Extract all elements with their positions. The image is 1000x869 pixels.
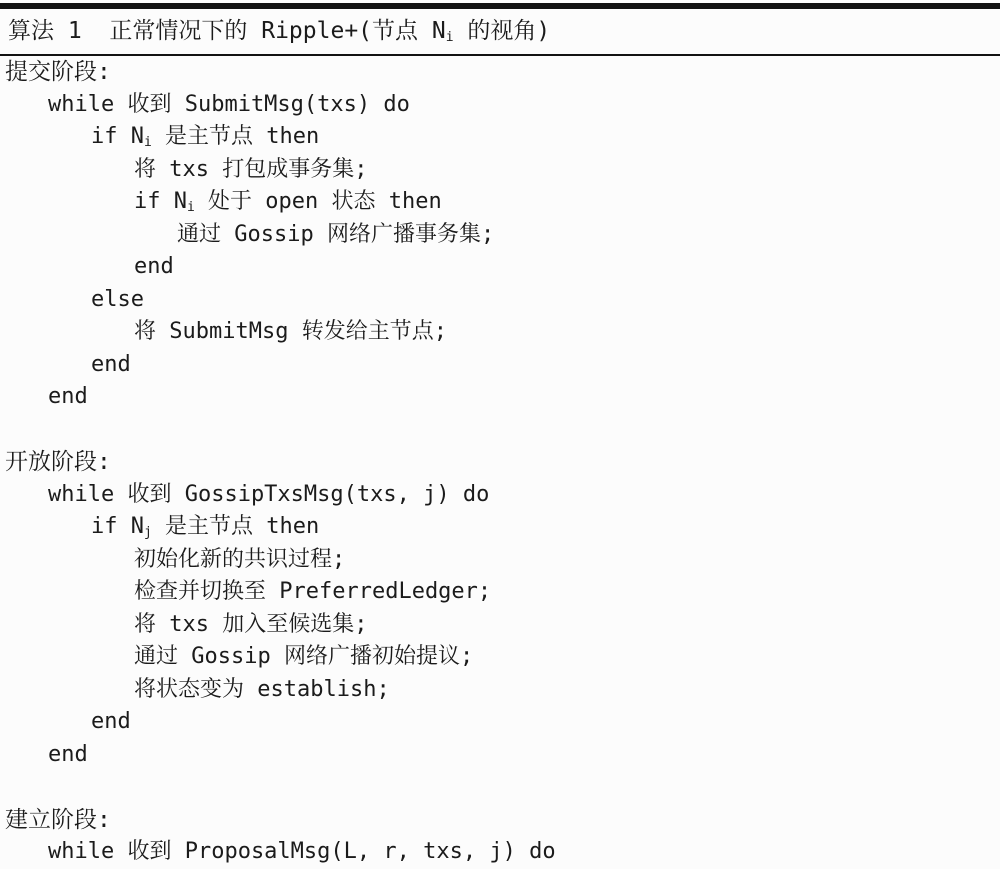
code-line: else <box>0 284 1000 317</box>
code-line: 通过 Gossip 网络广播事务集; <box>0 219 1000 252</box>
text-run: 算法 1 正常情况下的 Ripple+(节点 N <box>8 18 446 44</box>
code-line: end <box>0 739 1000 772</box>
code-line: 检查并切换至 PreferredLedger; <box>0 576 1000 609</box>
section-header-line: 开放阶段: <box>0 446 1000 479</box>
text-run: if N <box>91 124 144 149</box>
text-run: 处于 open 状态 then <box>195 189 442 214</box>
text-run: end <box>91 352 131 377</box>
text-run: 初始化新的共识过程; <box>134 547 345 572</box>
text-run: 将状态变为 establish; <box>134 677 390 702</box>
text-run: end <box>91 709 131 734</box>
code-line: while 收到 SubmitMsg(txs) do <box>0 89 1000 122</box>
subscript-text: i <box>144 135 152 150</box>
code-line: 将状态变为 establish; <box>0 674 1000 707</box>
code-line: end <box>0 706 1000 739</box>
code-line: 将 txs 加入至候选集; <box>0 609 1000 642</box>
code-line: if Ni 处于 open 状态 then <box>0 186 1000 219</box>
text-run: 通过 Gossip 网络广播事务集; <box>177 222 494 247</box>
text-run: end <box>134 254 174 279</box>
subscript-text: i <box>187 200 195 215</box>
text-run: 是主节点 then <box>152 124 319 149</box>
text-run: while 收到 GossipTxsMsg(txs, j) do <box>48 482 489 507</box>
algorithm-body: 提交阶段:while 收到 SubmitMsg(txs) doif Ni 是主节… <box>0 56 1000 869</box>
text-run: 通过 Gossip 网络广播初始提议; <box>134 644 473 669</box>
text-run: 开放阶段: <box>5 449 111 475</box>
text-run: 检查并切换至 PreferredLedger; <box>134 579 491 604</box>
text-run: 建立阶段: <box>5 807 111 833</box>
text-run: 提交阶段: <box>5 59 111 85</box>
code-line: end <box>0 381 1000 414</box>
text-run: else <box>91 287 144 312</box>
text-run: end <box>48 384 88 409</box>
code-line: if Ni 是主节点 then <box>0 121 1000 154</box>
subscript-text: i <box>446 30 454 45</box>
text-run: 的视角) <box>454 18 551 44</box>
code-line: 将 txs 打包成事务集; <box>0 154 1000 187</box>
text-run: 是主节点 then <box>152 514 319 539</box>
code-line: 通过 Gossip 网络广播初始提议; <box>0 641 1000 674</box>
code-line: while 收到 GossipTxsMsg(txs, j) do <box>0 479 1000 512</box>
code-line: if Nj 是主节点 then <box>0 511 1000 544</box>
text-run: 将 SubmitMsg 转发给主节点; <box>134 319 447 344</box>
text-run: end <box>48 742 88 767</box>
code-line: 将 SubmitMsg 转发给主节点; <box>0 316 1000 349</box>
section-header-line: 建立阶段: <box>0 804 1000 837</box>
text-run: while 收到 ProposalMsg(L, r, txs, j) do <box>48 839 556 864</box>
text-run: while 收到 SubmitMsg(txs) do <box>48 92 410 117</box>
section-header-line: 提交阶段: <box>0 56 1000 89</box>
algorithm-caption: 算法 1 正常情况下的 Ripple+(节点 Ni 的视角) <box>0 9 1000 54</box>
text-run: 将 txs 加入至候选集; <box>134 612 367 637</box>
code-line: end <box>0 349 1000 382</box>
text-run: if N <box>91 514 144 539</box>
code-line: end <box>0 251 1000 284</box>
algorithm-listing-page: 算法 1 正常情况下的 Ripple+(节点 Ni 的视角) 提交阶段:whil… <box>0 0 1000 869</box>
text-run: 将 txs 打包成事务集; <box>134 157 367 182</box>
blank-line <box>0 771 1000 804</box>
subscript-text: j <box>144 525 152 540</box>
blank-line <box>0 414 1000 447</box>
code-line: while 收到 ProposalMsg(L, r, txs, j) do <box>0 836 1000 869</box>
text-run: if N <box>134 189 187 214</box>
code-line: 初始化新的共识过程; <box>0 544 1000 577</box>
